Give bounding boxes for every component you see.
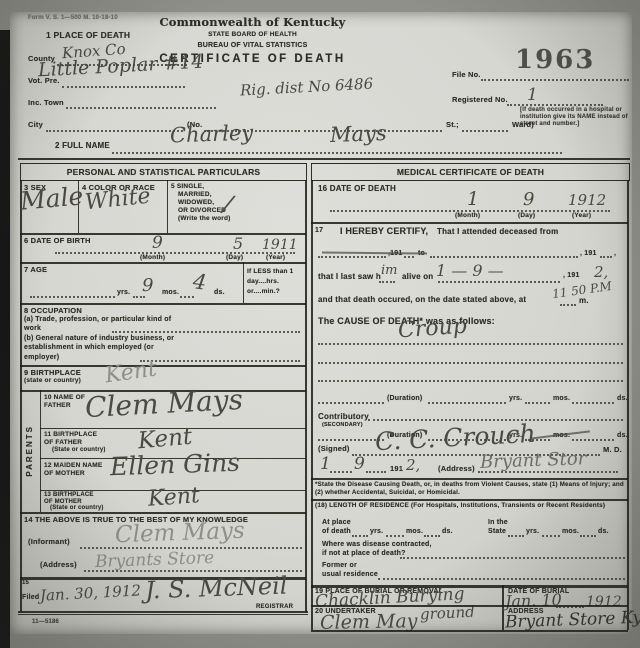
dotted-line [140,360,300,362]
right-column-header: MEDICAL CERTIFICATE OF DEATH [311,163,630,181]
mother-name-value: Ellen Gins [110,450,241,480]
marital-label-4: OR DIVORCED [178,207,226,215]
at-place-label-2: of death [322,528,351,536]
certify-line1a: I HEREBY CERTIFY, [340,226,428,237]
dotted-line [366,471,386,473]
birthplace-label: 9 BIRTHPLACE [24,368,81,377]
registrar-signature: J. S. McNeil [145,574,288,603]
former-label-2: usual residence [322,571,378,579]
border [502,585,504,630]
dotted-line [318,256,386,258]
undertaker-address-value: Bryant Store Ky. [505,610,640,632]
certify-line1b: That I attended deceased from [437,227,558,237]
contracted-label-1: Where was disease contracted, [322,541,432,549]
border [305,180,307,612]
dob-day: 5 [233,236,243,252]
age-mos-value: 9 [142,277,153,295]
divider [311,499,628,501]
father-name-value: Clem Mays [84,386,243,422]
contracted-label-2: if not at place of death? [322,550,406,558]
father-birthplace-sub: (State or country) [52,447,106,454]
residence-mos-1: mos. [406,528,423,536]
dotted-line [62,86,185,88]
scan-edge-strip [0,30,10,648]
signed-day-hand: 9 [354,456,365,473]
dotted-line [55,252,295,254]
left-column-header: PERSONAL AND STATISTICAL PARTICULARS [20,163,307,181]
dotted-line [379,281,395,283]
dotted-line [424,535,440,537]
dotted-line [600,256,612,258]
in-the-label: In the [488,519,508,527]
dod-day-caption: (Day) [518,212,535,220]
duration-ds-2: ds. [617,432,628,440]
residence-mos-2: mos. [562,528,579,536]
dotted-line [462,130,508,132]
residence-yrs-1: yrs. [370,528,383,536]
dotted-line [507,104,603,106]
burial-place-value-2: ground [420,605,475,623]
place-of-death-heading: 1 PLACE OF DEATH [46,30,130,40]
marital-label-3: WIDOWED, [178,199,214,207]
hospital-note: [If death occurred in a hospital or inst… [520,107,630,129]
dotted-line [386,535,404,537]
certify-year-stub-3: , 191 [563,272,580,280]
dotted-line [318,380,623,382]
border [627,180,629,630]
dotted-line [112,152,562,154]
contributory-label: Contributory [318,412,369,422]
divider [311,478,628,480]
filed-item-number: 15 [22,580,29,587]
dotted-line [580,535,596,537]
dotted-line [572,402,614,404]
duration-yrs-1: yrs. [509,395,522,403]
dotted-line [112,331,300,333]
informant-address-value: Bryants Store [95,550,215,571]
dob-month-caption: (Month) [140,254,165,262]
border [243,262,244,303]
certify-comma: , [614,250,616,258]
duration-mos-1: mos. [553,395,570,403]
physician-address-label: (Address) [438,464,475,473]
occupation-label: 8 OCCUPATION [24,306,82,315]
dotted-line [378,578,625,580]
age-yrs-label: yrs. [117,289,130,297]
certify-line3: and that death occured, on the date stat… [318,295,526,305]
dotted-line [542,535,560,537]
full-name-last: Mays [330,123,387,146]
border [311,180,313,630]
dotted-line [428,402,506,404]
filed-label: Filed [22,594,39,602]
plate-number: 11—5186 [32,619,59,626]
age-less-note: If LESS than 1 day....hrs. or....min.? [247,267,302,296]
dotted-line [318,402,384,404]
registered-no-label: Registered No. [452,95,508,104]
city-label: City [28,120,43,129]
residence-yrs-2: yrs. [526,528,539,536]
time-m-label: m. [579,296,589,306]
dotted-line [30,296,115,298]
divider [20,365,306,367]
scanned-death-certificate: Form V. S. 1—500 M. 10-18-10 1 PLACE OF … [0,0,640,648]
birthplace-sub-label: (state or country) [24,377,81,385]
signed-year-stub: 191 [390,464,403,473]
dotted-line [430,256,578,258]
registered-no-value: 1 [527,87,538,104]
dod-year-caption: (Year) [572,212,591,220]
dod-month-caption: (Month) [455,212,480,220]
divider [311,605,628,607]
dotted-line [572,439,614,441]
file-no-label: File No. [452,70,481,79]
dotted-line [133,296,145,298]
burial-date-value-b: 1912 [586,595,622,609]
city-ward-label: Ward) [512,120,534,129]
divider [18,158,630,160]
certify-to-label: to [418,250,425,258]
last-seen-date-hand: 1 — 9 — [436,263,504,279]
secondary-label: (SECONDARY) [322,422,363,429]
signed-year-hand: 2, [406,458,420,473]
duration-label-1: (Duration) [387,395,422,403]
signed-label: (Signed) [318,444,350,453]
dob-year-caption: (Year) [266,254,285,262]
form-number: Form V. S. 1—500 M. 10-18-10 [28,15,118,22]
certify-line2b: alive on [402,272,433,282]
dotted-line [330,471,352,473]
dotted-line [481,79,629,81]
mother-name-label: 12 MAIDEN NAME OF MOTHER [44,462,104,478]
informant-value: Clem Mays [115,520,245,548]
commonwealth-title: Commonwealth of Kentucky [155,16,350,30]
physician-address-value: Bryant Stor [480,450,587,472]
dod-day: 9 [523,191,534,209]
dotted-line [400,557,625,559]
dotted-line [318,343,623,345]
parents-group: PARENTS [20,390,40,512]
dotted-line [180,296,194,298]
age-ds-label: ds. [214,289,225,297]
dod-label: 16 DATE OF DEATH [318,184,396,194]
occupation-b-label: (b) General nature of industry business,… [24,334,184,362]
certify-pronoun-hand: im [381,264,398,277]
last-seen-year-hand: 2, [594,265,608,280]
dotted-line [66,107,216,109]
dotted-line [318,362,623,364]
certify-item-number: 17 [315,227,323,235]
age-mos-label: mos. [162,289,179,297]
dotted-line [525,402,550,404]
dotted-line [404,256,414,258]
border [167,180,168,233]
divider [311,630,628,632]
father-birthplace-label: 11 BIRTHPLACE OF FATHER [44,431,102,447]
marital-label-1: 5 SINGLE, [171,183,204,191]
md-label: M. D. [603,445,622,454]
duration-ds-1: ds. [617,395,628,403]
divider [18,614,308,615]
right-column-header-text: MEDICAL CERTIFICATE OF DEATH [397,167,544,177]
state-board-line: STATE BOARD OF HEALTH [155,31,350,39]
sex-value: Male [19,183,84,213]
marital-label-2: MARRIED, [178,191,212,199]
full-name-first: Charley [170,123,254,147]
city-st-label: St.; [446,120,459,129]
dotted-line [560,304,576,306]
dotted-line [352,535,368,537]
dob-month: 9 [152,235,163,252]
at-place-label-1: At place [322,519,351,527]
informant-label: (Informant) [28,537,70,546]
divider [18,611,308,613]
dob-day-caption: (Day) [226,254,243,262]
residence-ds-2: ds. [598,528,609,536]
file-no-stamp: 1963 [515,45,595,75]
cause-footnote: *State the Disease Causing Death, or, in… [315,481,627,497]
residence-label: (18) LENGTH OF RESIDENCE (For Hospitals,… [315,502,620,510]
divider [20,233,306,235]
parents-group-label: PARENTS [25,425,35,477]
residence-ds-1: ds. [442,528,453,536]
informant-address-label: (Address) [40,560,77,569]
state-label: State [488,528,506,536]
dotted-line [46,130,183,132]
dotted-line [438,281,560,283]
dob-year: 1911 [262,238,298,252]
bureau-line: BUREAU OF VITAL STATISTICS [155,42,350,50]
divider [311,222,628,224]
cause-value: Croup [397,316,467,343]
mother-birthplace-value: Kent [147,485,200,511]
dod-year: 1912 [568,193,606,208]
inc-town-label: Inc. Town [28,98,64,107]
divider [20,512,306,514]
divider [20,303,306,305]
dotted-line [508,535,524,537]
age-label: 7 AGE [24,265,47,274]
left-column-header-text: PERSONAL AND STATISTICAL PARTICULARS [67,167,261,177]
border [40,390,41,512]
former-label-1: Former or [322,562,357,570]
dod-month: 1 [467,190,479,209]
certify-year-stub-2: , 191 [580,250,597,258]
dob-label: 6 DATE OF BIRTH [24,236,91,245]
certify-line2a: that I last saw h [318,272,381,282]
full-name-label: 2 FULL NAME [55,141,110,151]
divider [20,262,306,264]
